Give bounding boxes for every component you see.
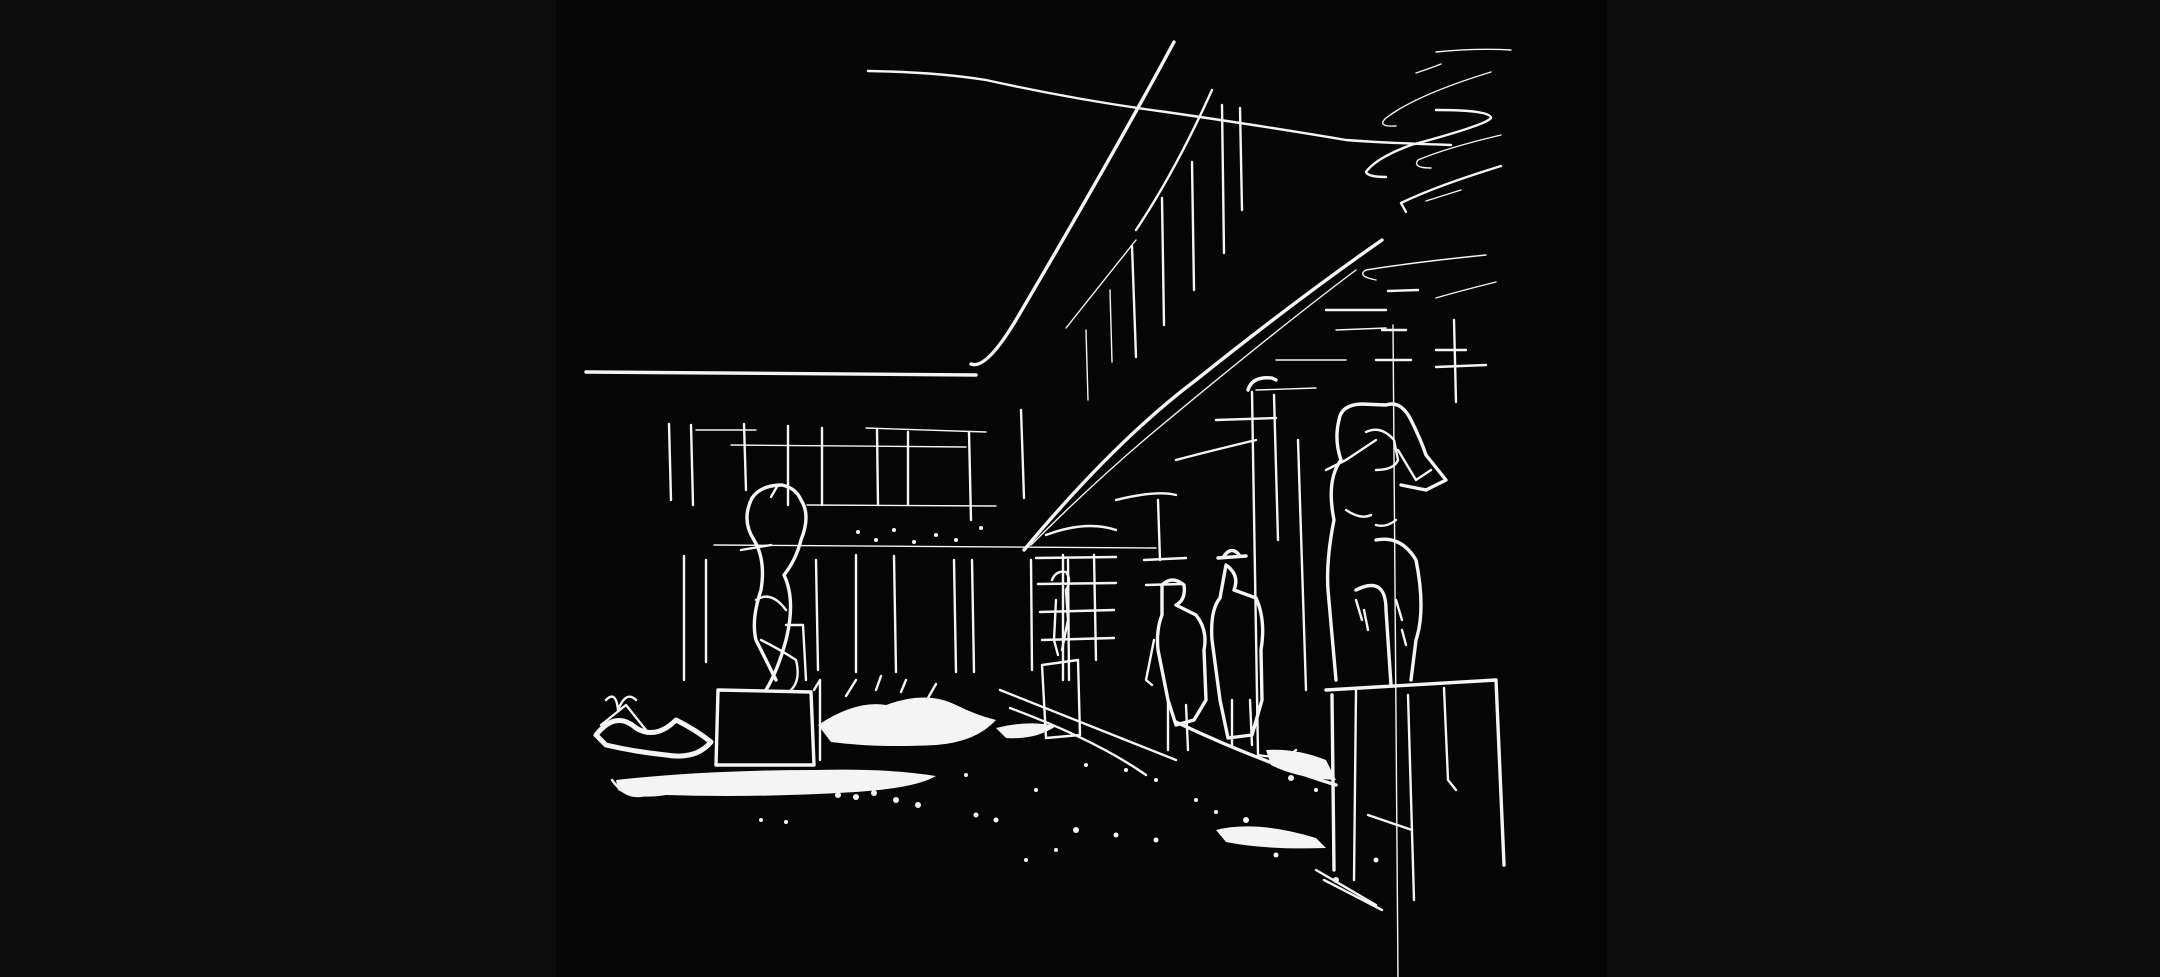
wall-stipple [856,526,983,544]
upper-mullions [669,410,1024,520]
visitors [1146,551,1263,751]
sketch-artwork: White-ink-on-black sketch of a sculpture… [556,0,1607,977]
right-torso-statue [1326,325,1504,977]
roof-lines [586,42,1451,375]
roof-slats [1086,105,1242,400]
sky-scribbles [1363,49,1511,298]
foreground-shrubs-left [596,676,1056,797]
sketch-drawing [556,0,1607,977]
left-torso-statue [716,485,820,765]
lower-mullions [684,555,1069,680]
